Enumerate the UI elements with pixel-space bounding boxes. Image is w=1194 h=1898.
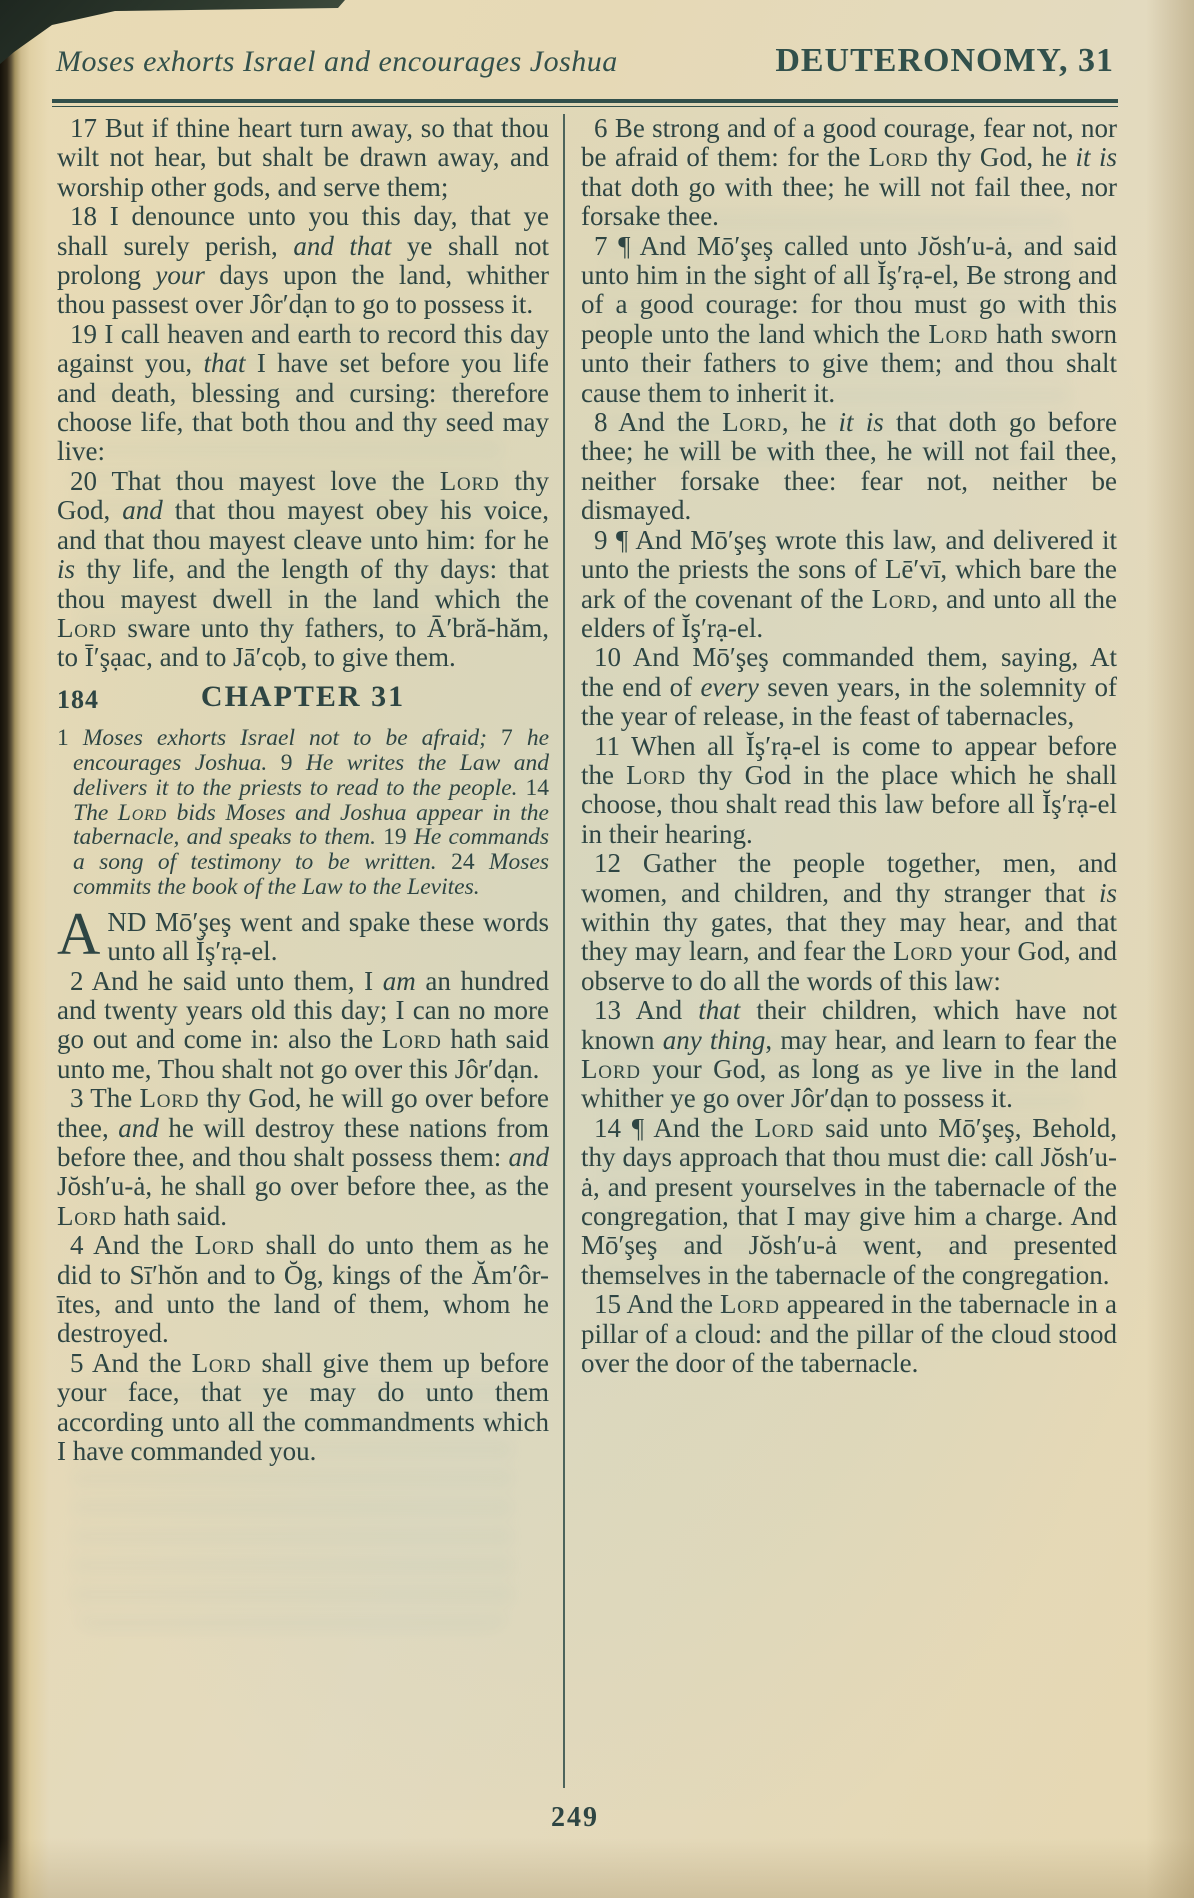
verse-paragraph: AND Mō′şeş went and spake these words un… (57, 908, 549, 967)
verse-paragraph: 14 ¶ And the Lord said unto Mō′şeş, Beho… (581, 1114, 1117, 1290)
book-chapter-heading: DEUTERONOMY, 31 (775, 42, 1114, 80)
verse-paragraph: 11 When all Ĭş′rạ-el is come to appear b… (581, 732, 1117, 850)
header-double-rule (52, 99, 1118, 107)
verse-paragraph: 8 And the Lord, he it is that doth go be… (581, 408, 1117, 526)
drop-cap-initial: A (57, 908, 107, 958)
column-left: 17 But if thine heart turn away, so that… (57, 114, 549, 1466)
chapter-title: CHAPTER 31 (201, 680, 405, 713)
column-right: 6 Be strong and of a good courage, fear … (581, 114, 1117, 1378)
verse-paragraph: 13 And that their children, which have n… (581, 996, 1117, 1114)
verse-paragraph: 17 But if thine heart turn away, so that… (57, 114, 549, 202)
verse-paragraph: 2 And he said unto them, I am an hundred… (57, 967, 549, 1085)
page-right-edge-shadow (1146, 0, 1194, 1898)
page-bottom-edge-shadow (0, 1838, 1194, 1898)
verse-paragraph: 3 The Lord thy God, he will go over befo… (57, 1084, 549, 1231)
running-head: Moses exhorts Israel and encourages Josh… (56, 45, 618, 79)
chapter-margin-number: 184 (57, 685, 99, 714)
verse-paragraph: 19 I call heaven and earth to record thi… (57, 320, 549, 467)
verse-paragraph: 5 And the Lord shall give them up before… (57, 1349, 549, 1467)
chapter-summary: 1 Moses exhorts Israel not to be afraid;… (57, 726, 549, 900)
page-header: Moses exhorts Israel and encourages Josh… (56, 42, 1114, 80)
chapter-heading: 184CHAPTER 31 (57, 682, 549, 712)
verse-paragraph: 9 ¶ And Mō′şeş wrote this law, and deliv… (581, 526, 1117, 644)
verse-paragraph: 15 And the Lord appeared in the tabernac… (581, 1290, 1117, 1378)
verse-paragraph: 6 Be strong and of a good courage, fear … (581, 114, 1117, 232)
bible-page-scan: Moses exhorts Israel and encourages Josh… (0, 0, 1194, 1898)
verse-paragraph: 10 And Mō′şeş commanded them, saying, At… (581, 643, 1117, 731)
verse-paragraph: 20 That thou mayest love the Lord thy Go… (57, 467, 549, 673)
verse-paragraph: 12 Gather the people together, men, and … (581, 849, 1117, 996)
page-number: 249 (20, 1802, 1130, 1834)
column-divider-rule (563, 114, 565, 1788)
book-binding-edge (0, 0, 50, 1898)
verse-paragraph: 7 ¶ And Mō′şeş called unto Jŏsh′u-ȧ, and… (581, 232, 1117, 408)
verse-paragraph: 18 I denounce unto you this day, that ye… (57, 202, 549, 320)
verse-paragraph: 4 And the Lord shall do unto them as he … (57, 1231, 549, 1349)
